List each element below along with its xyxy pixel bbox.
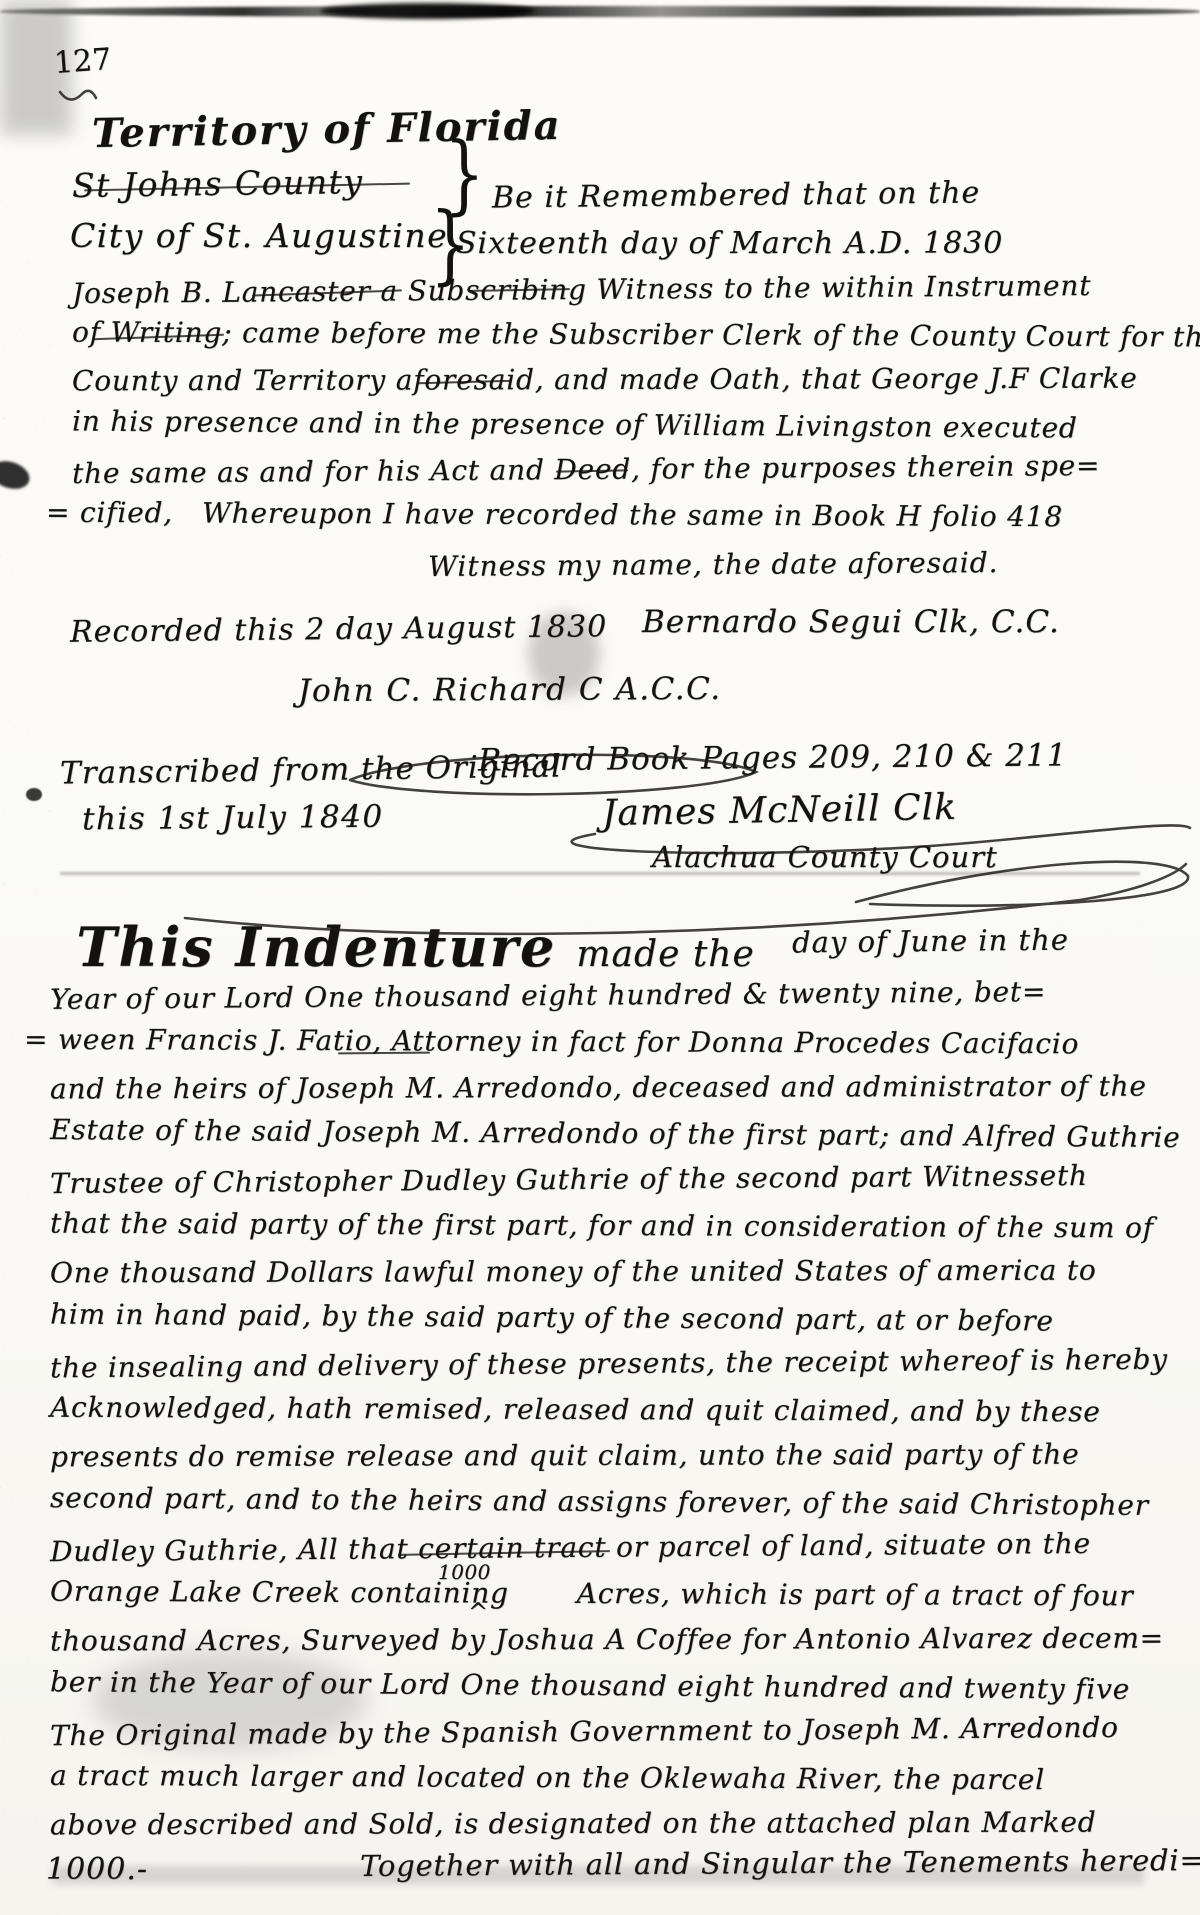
be-it-remembered-line: Be it Remembered that on the (492, 175, 981, 215)
recorded-line: Recorded this 2 day August 1830 (70, 609, 608, 650)
insertion-caret: ^ (468, 1598, 488, 1626)
manuscript-line: thousand Acres, Surveyed by Joshua A Cof… (50, 1625, 1164, 1656)
ink-blot (0, 456, 33, 493)
indenture-opening-rest: made the (576, 934, 754, 975)
witness-line: Witness my name, the date aforesaid. (428, 546, 999, 583)
manuscript-line: in his presence and in the presence of W… (72, 407, 1078, 442)
manuscript-line: Dudley Guthrie, All that certain tract o… (50, 1530, 1091, 1566)
page-number: 127 (53, 42, 113, 81)
ink-blot (26, 788, 42, 801)
manuscript-line: him in hand paid, by the said party of t… (50, 1300, 1054, 1335)
transcription-date: this 1st July 1840 (82, 799, 384, 838)
manuscript-line: second part, and to the heirs and assign… (50, 1484, 1149, 1520)
indenture-opening-date: day of June in the (792, 923, 1069, 960)
manuscript-line: Joseph B. Lancaster a Subscribing Witnes… (72, 272, 1091, 308)
manuscript-line: Acknowledged, hath remised, released and… (50, 1394, 1101, 1427)
record-book-reference: Record Book Pages 209, 210 & 211 (478, 737, 1068, 778)
heading-county: St Johns County (72, 162, 364, 205)
scan-edge-artifact (0, 6, 1200, 17)
manuscript-line: ber in the Year of our Lord One thousand… (50, 1668, 1130, 1704)
manuscript-line: = ween Francis J. Fatio, Attorney in fac… (24, 1026, 1079, 1059)
manuscript-line: Orange Lake Creek containing Acres, whic… (50, 1578, 1134, 1611)
clerk-signature: Bernardo Segui Clk, C.C. (642, 604, 1060, 640)
scan-edge-artifact (320, 3, 535, 19)
manuscript-line: One thousand Dollars lawful money of the… (50, 1257, 1097, 1288)
interlinear-insertion: 1000 (438, 1560, 491, 1584)
manuscript-line: that the said party of the first part, f… (50, 1210, 1154, 1243)
manuscript-line: a tract much larger and located on the O… (50, 1762, 1045, 1794)
manuscript-line: The Original made by the Spanish Governm… (50, 1714, 1119, 1750)
heading-territory: Territory of Florida (92, 102, 562, 157)
manuscript-line: above described and Sold, is designated … (50, 1809, 1097, 1840)
clerk-signature: John C. Richard C A.C.C. (298, 671, 722, 709)
clerk-signature-title: Alachua County Court (652, 840, 998, 874)
manuscript-line: presents do remise release and quit clai… (50, 1441, 1080, 1472)
manuscript-line: the same as and for his Act and Deed, fo… (72, 452, 1100, 488)
indenture-opening-words: This Indenture (76, 915, 556, 979)
manuscript-line: the insealing and delivery of these pres… (50, 1346, 1168, 1383)
manuscript-line: Estate of the said Joseph M. Arredondo o… (50, 1116, 1181, 1152)
clerk-signature: James McNeill Clk (602, 787, 958, 834)
plan-mark-number: 1000.- (46, 1852, 148, 1887)
closing-line: Together with all and Singular the Tenem… (360, 1843, 1200, 1883)
manuscript-page: 127 Territory of Florida St Johns County… (0, 0, 1200, 1915)
date-line: Sixteenth day of March A.D. 1830 (456, 226, 1003, 261)
manuscript-line: Trustee of Christopher Dudley Guthrie of… (50, 1162, 1088, 1198)
manuscript-line: and the heirs of Joseph M. Arredondo, de… (50, 1073, 1147, 1104)
manuscript-line: Year of our Lord One thousand eight hund… (50, 978, 1046, 1014)
manuscript-line: = cified, Whereupon I have recorded the … (46, 499, 1063, 531)
heading-city: City of St. Augustine (70, 216, 448, 255)
manuscript-line: County and Territory aforesaid, and made… (72, 365, 1138, 396)
manuscript-line: of Writing; came before me the Subscribe… (72, 318, 1200, 351)
